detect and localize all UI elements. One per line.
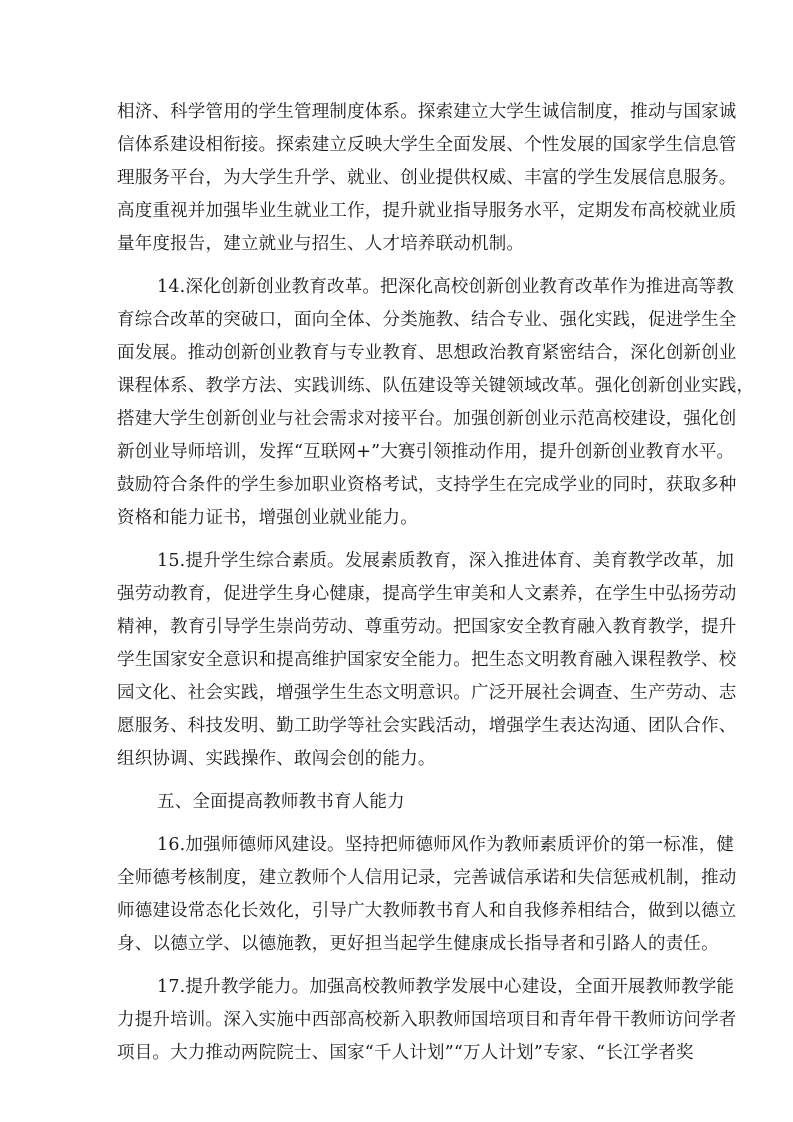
text-line: 精神，教育引导学生崇尚劳动、尊重劳动。把国家安全教育融入教育教学，提升: [117, 611, 679, 644]
document-page: 相济、科学管用的学生管理制度体系。探索建立大学生诚信制度，推动与国家诚 信体系建…: [0, 0, 793, 1122]
paragraph-item-15: 15.提升学生综合素质。发展素质教育，深入推进体育、美育教学改革，加 强劳动教育…: [117, 545, 679, 776]
text-line: 17.提升教学能力。加强高校教师教学发展中心建设，全面开展教师教学能: [117, 971, 679, 1004]
text-line: 面发展。推动创新创业教育与专业教育、思想政治教育紧密结合，深化创新创业: [117, 337, 679, 370]
text-line: 课程体系、教学方法、实践训练、队伍建设等关键领域改革。强化创新创业实践，: [117, 370, 679, 403]
document-body: 相济、科学管用的学生管理制度体系。探索建立大学生诚信制度，推动与国家诚 信体系建…: [117, 96, 679, 1080]
text-line: 项目。大力推动两院院士、国家“千人计划”“万人计划”专家、“长江学者奖: [117, 1037, 679, 1070]
text-line: 量年度报告，建立就业与招生、人才培养联动机制。: [117, 228, 679, 261]
text-line: 信体系建设相衔接。探索建立反映大学生全面发展、个性发展的国家学生信息管: [117, 129, 679, 162]
text-line: 15.提升学生综合素质。发展素质教育，深入推进体育、美育教学改革，加: [117, 545, 679, 578]
text-line: 搭建大学生创新创业与社会需求对接平台。加强创新创业示范高校建设，强化创: [117, 403, 679, 436]
text-line: 师德建设常态化长效化，引导广大教师教书育人和自我修养相结合，做到以德立: [117, 895, 679, 928]
text-line: 鼓励符合条件的学生参加职业资格考试，支持学生在完成学业的同时，获取多种: [117, 469, 679, 502]
text-line: 育综合改革的突破口，面向全体、分类施教、结合专业、强化实践，促进学生全: [117, 304, 679, 337]
text-line: 16.加强师德师风建设。坚持把师德师风作为教师素质评价的第一标准，健: [117, 829, 679, 862]
section-heading-text: 五、全面提高教师教书育人能力: [117, 786, 679, 819]
text-line: 身、以德立学、以德施教，更好担当起学生健康成长指导者和引路人的责任。: [117, 928, 679, 961]
text-line: 资格和能力证书，增强创业就业能力。: [117, 502, 679, 535]
text-line: 组织协调、实践操作、敢闯会创的能力。: [117, 743, 679, 776]
text-line: 强劳动教育，促进学生身心健康，提高学生审美和人文素养，在学生中弘扬劳动: [117, 578, 679, 611]
text-line: 全师德考核制度，建立教师个人信用记录，完善诚信承诺和失信惩戒机制，推动: [117, 862, 679, 895]
text-line: 新创业导师培训，发挥“互联网+”大赛引领推动作用，提升创新创业教育水平。: [117, 436, 679, 469]
paragraph-student-management: 相济、科学管用的学生管理制度体系。探索建立大学生诚信制度，推动与国家诚 信体系建…: [117, 96, 679, 261]
paragraph-item-16: 16.加强师德师风建设。坚持把师德师风作为教师素质评价的第一标准，健 全师德考核…: [117, 829, 679, 961]
paragraph-item-17: 17.提升教学能力。加强高校教师教学发展中心建设，全面开展教师教学能 力提升培训…: [117, 971, 679, 1070]
section-heading: 五、全面提高教师教书育人能力: [117, 786, 679, 819]
text-line: 理服务平台，为大学生升学、就业、创业提供权威、丰富的学生发展信息服务。: [117, 162, 679, 195]
text-line: 力提升培训。深入实施中西部高校新入职教师国培项目和青年骨干教师访问学者: [117, 1004, 679, 1037]
text-line: 高度重视并加强毕业生就业工作，提升就业指导服务水平，定期发布高校就业质: [117, 195, 679, 228]
text-line: 学生国家安全意识和提高维护国家安全能力。把生态文明教育融入课程教学、校: [117, 644, 679, 677]
text-line: 14.深化创新创业教育改革。把深化高校创新创业教育改革作为推进高等教: [117, 271, 679, 304]
paragraph-item-14: 14.深化创新创业教育改革。把深化高校创新创业教育改革作为推进高等教 育综合改革…: [117, 271, 679, 535]
text-line: 愿服务、科技发明、勤工助学等社会实践活动，增强学生表达沟通、团队合作、: [117, 710, 679, 743]
text-line: 相济、科学管用的学生管理制度体系。探索建立大学生诚信制度，推动与国家诚: [117, 96, 679, 129]
text-line: 园文化、社会实践，增强学生生态文明意识。广泛开展社会调查、生产劳动、志: [117, 677, 679, 710]
